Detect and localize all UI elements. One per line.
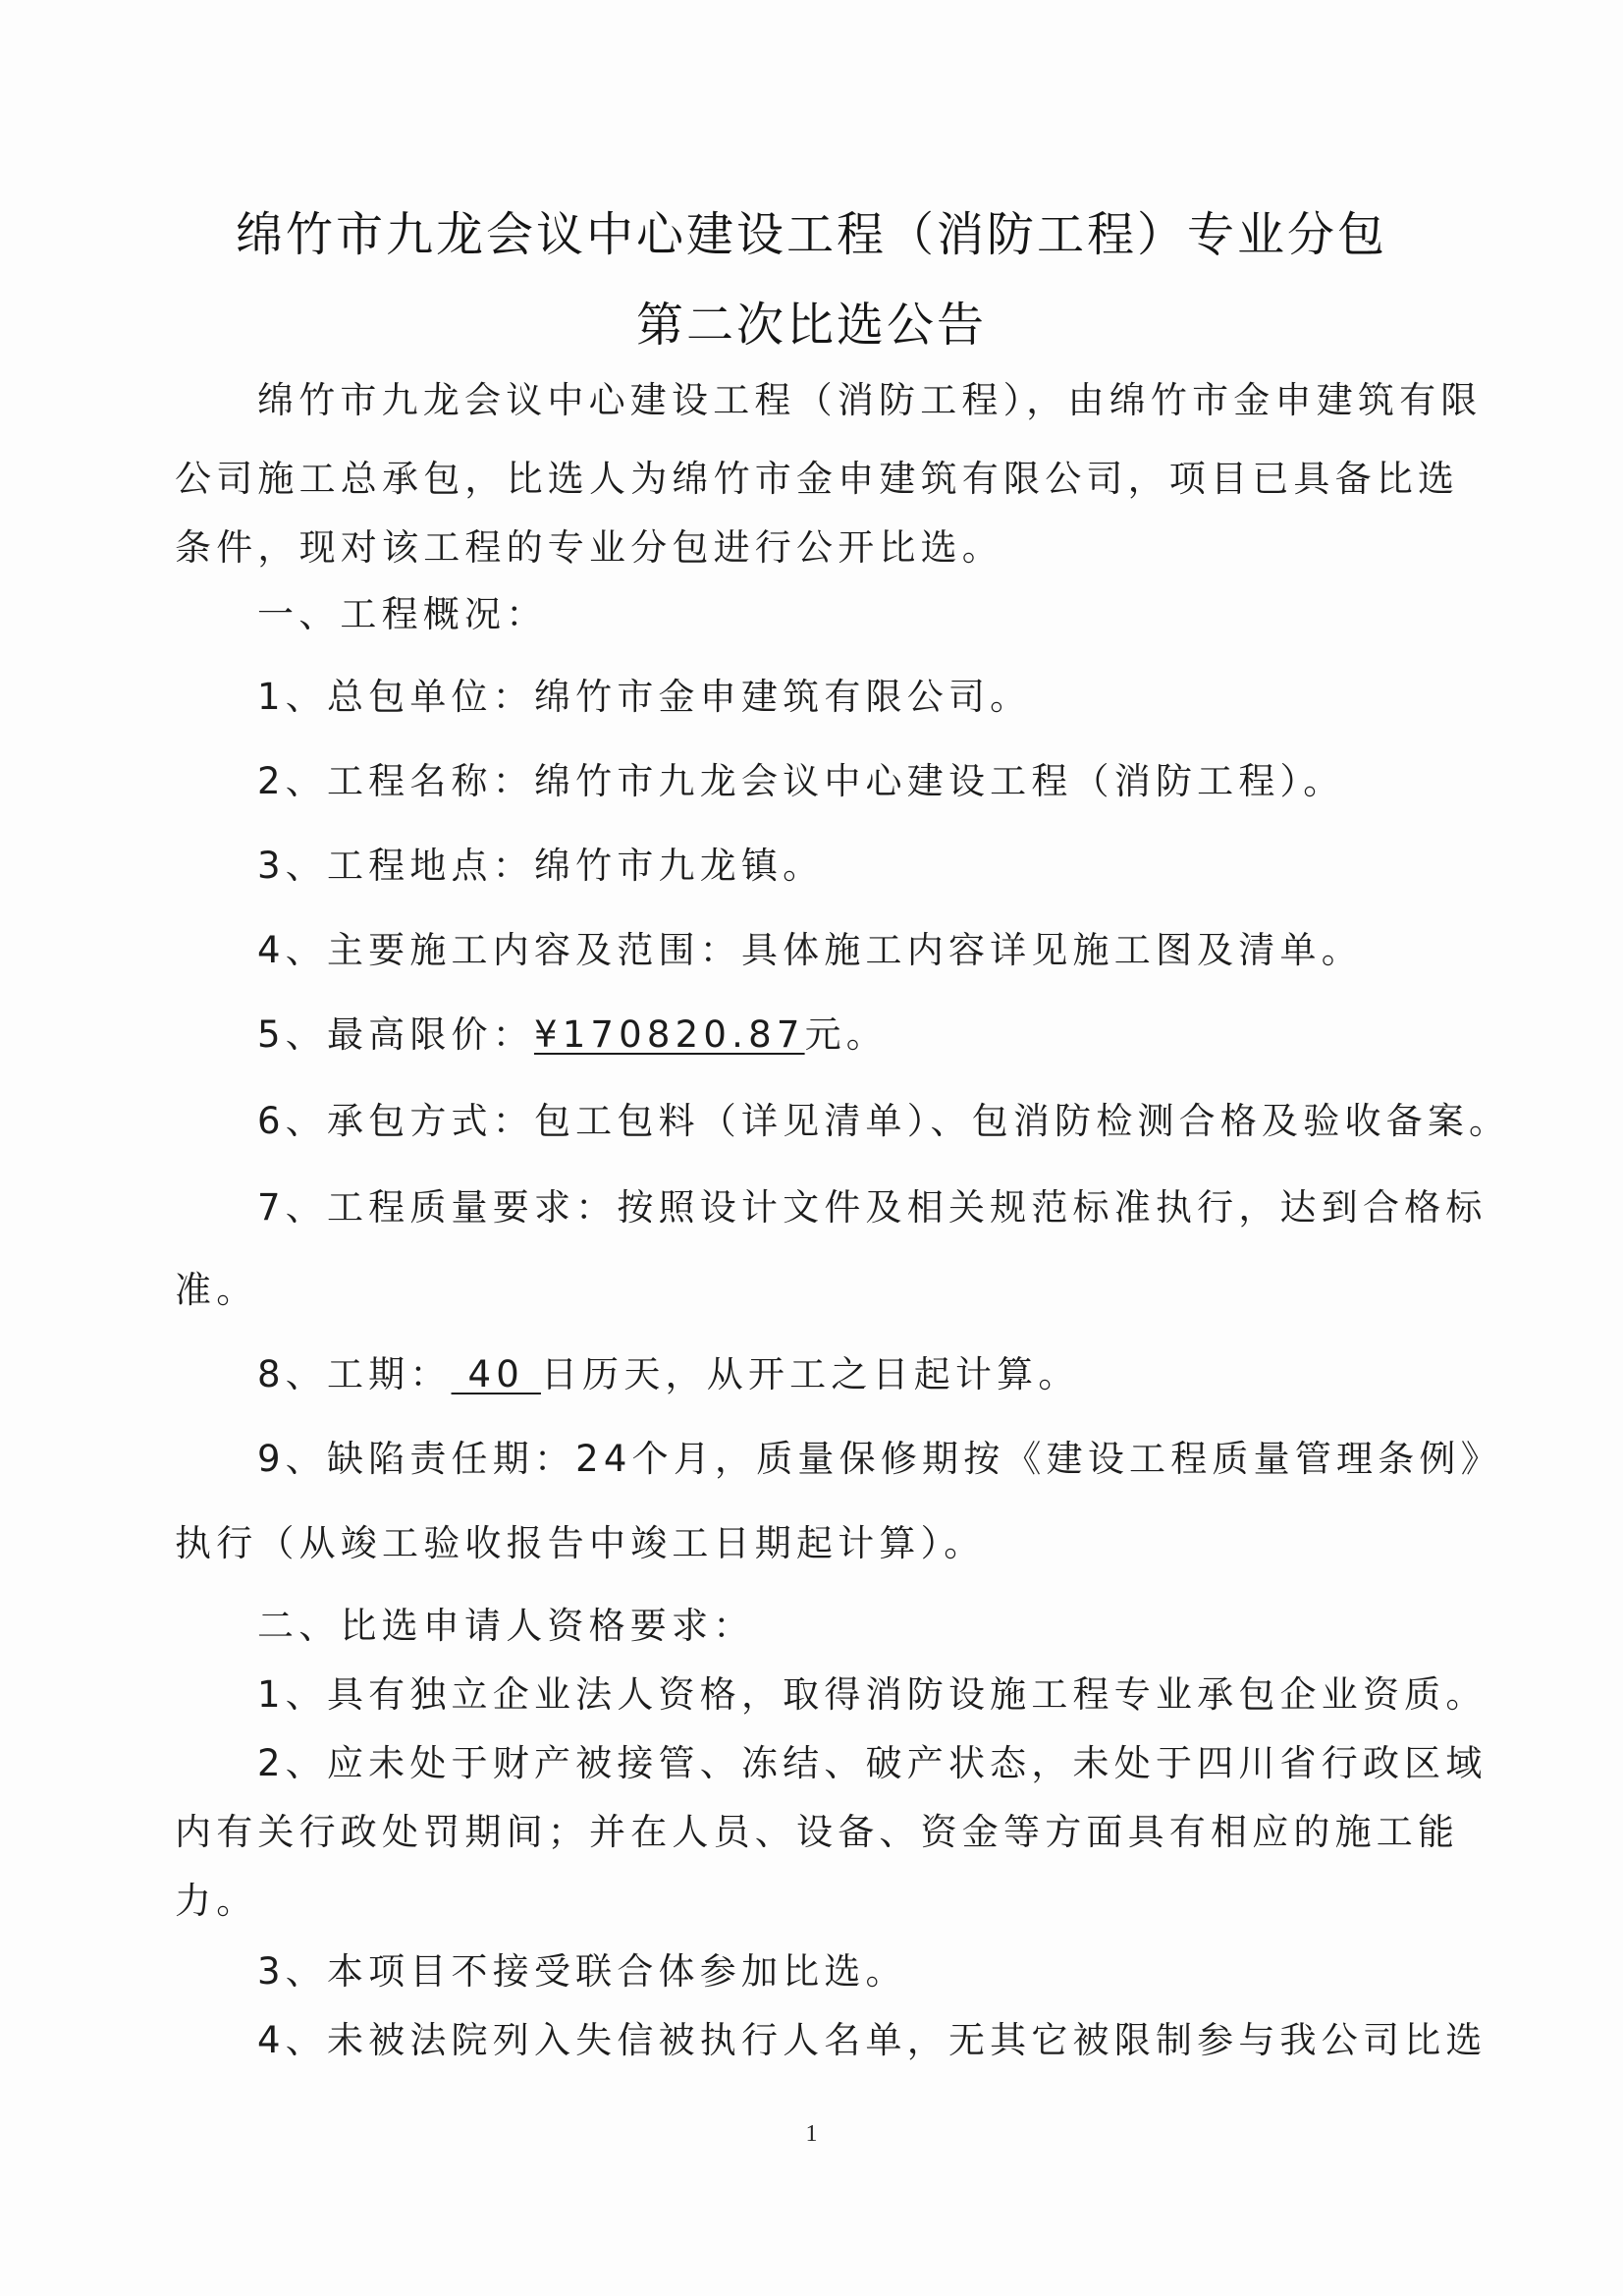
- section1-heading: 一、工程概况：: [257, 591, 1524, 638]
- duration-value: 40: [452, 1353, 541, 1395]
- section2-heading: 二、比选申请人资格要求：: [257, 1603, 1524, 1650]
- max-price-label: 5、最高限价：: [257, 1013, 534, 1056]
- section1-item-8: 8、工期： 40 日历天，从开工之日起计算。: [257, 1351, 1524, 1398]
- section2-item-4: 4、未被法院列入失信被执行人名单，无其它被限制参与我公司比选: [257, 2017, 1524, 2064]
- page-number: 1: [0, 2121, 1623, 2148]
- duration-suffix: 日历天，从开工之日起计算。: [541, 1353, 1080, 1395]
- section2-item-1: 1、具有独立企业法人资格，取得消防设施工程专业承包企业资质。: [257, 1671, 1524, 1719]
- section1-item-2: 2、工程名称：绵竹市九龙会议中心建设工程（消防工程）。: [257, 758, 1524, 805]
- section1-item-1: 1、总包单位：绵竹市金申建筑有限公司。: [257, 674, 1524, 721]
- section1-item-4: 4、主要施工内容及范围：具体施工内容详见施工图及清单。: [257, 927, 1524, 974]
- section1-item-7-line1: 7、工程质量要求：按照设计文件及相关规范标准执行，达到合格标: [257, 1184, 1524, 1231]
- intro-paragraph-line2: 公司施工总承包，比选人为绵竹市金申建筑有限公司，项目已具备比选: [175, 456, 1441, 503]
- section2-item-3: 3、本项目不接受联合体参加比选。: [257, 1948, 1524, 1995]
- section1-item-3: 3、工程地点：绵竹市九龙镇。: [257, 843, 1524, 890]
- intro-paragraph-line3: 条件，现对该工程的专业分包进行公开比选。: [175, 524, 1441, 572]
- section1-item-9-line1: 9、缺陷责任期：24个月，质量保修期按《建设工程质量管理条例》: [257, 1436, 1524, 1483]
- duration-label: 8、工期：: [257, 1353, 452, 1395]
- intro-paragraph-line1: 绵竹市九龙会议中心建设工程（消防工程），由绵竹市金申建筑有限: [257, 377, 1524, 424]
- section1-item-6: 6、承包方式：包工包料（详见清单）、包消防检测合格及验收备案。: [257, 1098, 1524, 1145]
- section1-item-5: 5、最高限价：¥170820.87元。: [257, 1011, 1524, 1059]
- section2-item-2-line2: 内有关行政处罚期间；并在人员、设备、资金等方面具有相应的施工能: [175, 1809, 1441, 1856]
- max-price-unit: 元。: [805, 1013, 888, 1056]
- document-title-line2: 第二次比选公告: [0, 287, 1623, 355]
- document-title-line1: 绵竹市九龙会议中心建设工程（消防工程）专业分包: [0, 196, 1623, 264]
- section2-item-2-line1: 2、应未处于财产被接管、冻结、破产状态，未处于四川省行政区域: [257, 1740, 1524, 1787]
- section1-item-7-line2: 准。: [175, 1267, 1441, 1314]
- max-price-value: ¥170820.87: [534, 1013, 805, 1056]
- section1-item-9-line2: 执行（从竣工验收报告中竣工日期起计算）。: [175, 1520, 1441, 1567]
- section2-item-2-line3: 力。: [175, 1878, 1441, 1925]
- document-page: 绵竹市九龙会议中心建设工程（消防工程）专业分包 第二次比选公告 绵竹市九龙会议中…: [0, 0, 1623, 2296]
